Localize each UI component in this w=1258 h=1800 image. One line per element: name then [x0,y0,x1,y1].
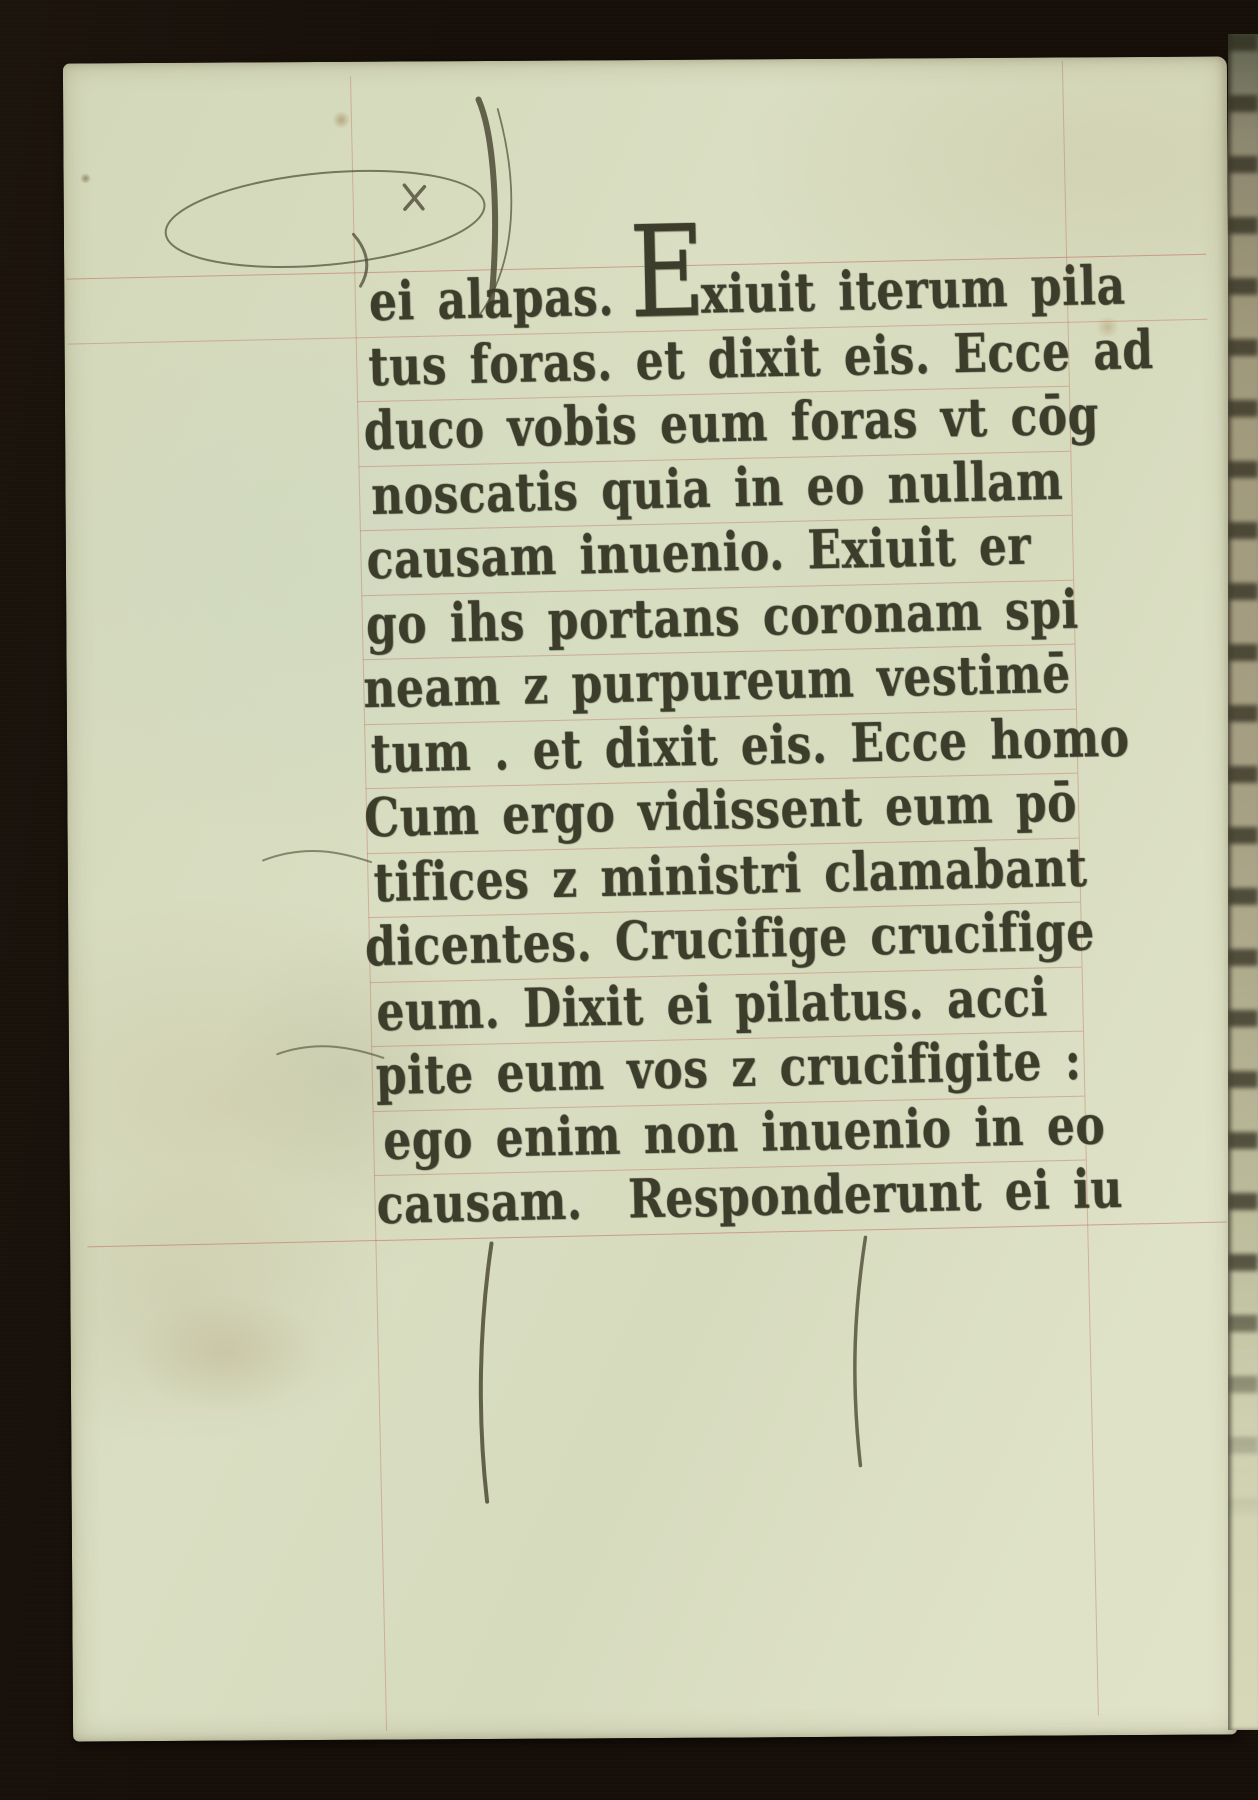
facing-page-edge [1228,34,1258,1730]
ruled-text-area: ei alapas.Exiuit iterum pila tus foras. … [50,48,1250,1751]
manuscript-page: ei alapas.Exiuit iterum pila tus foras. … [63,56,1237,1741]
manuscript-photo: ei alapas.Exiuit iterum pila tus foras. … [0,0,1258,1800]
manuscript-line: causam. Responderunt ei iu [376,1149,1124,1243]
text-block: ei alapas.Exiuit iterum pila tus foras. … [50,48,1250,1751]
